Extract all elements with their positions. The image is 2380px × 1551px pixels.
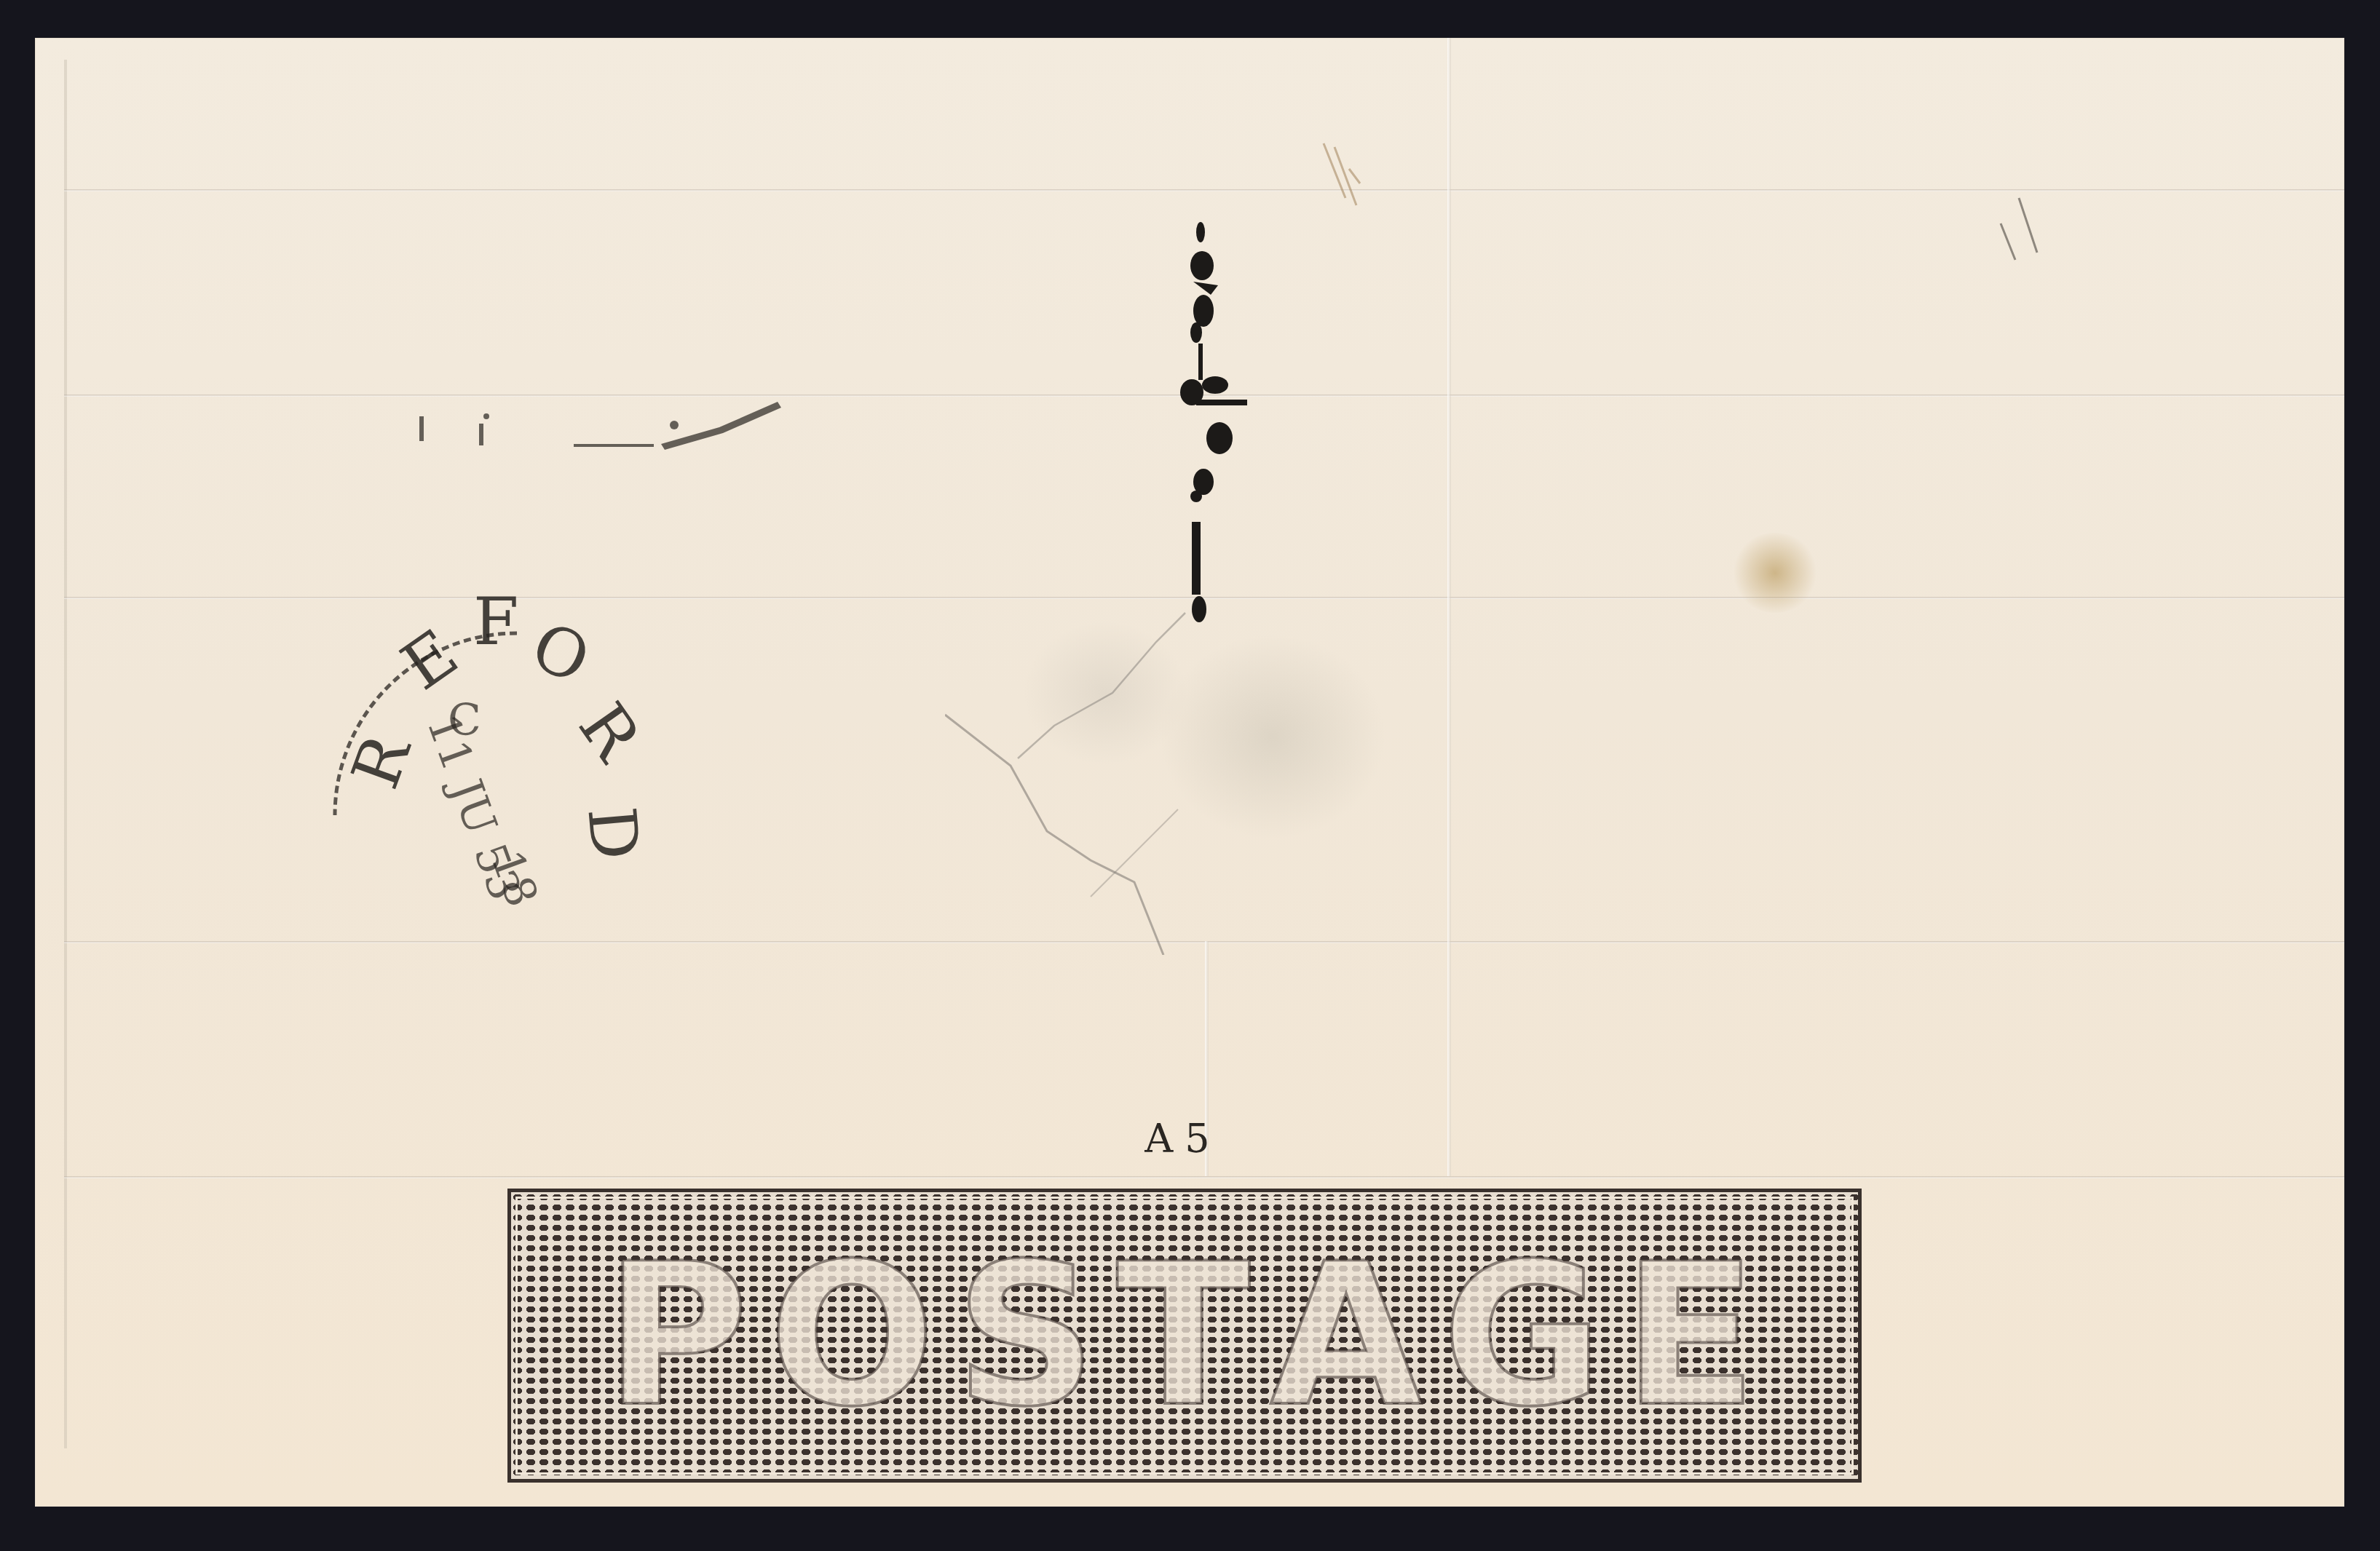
offset-ink-marks [399,358,792,460]
foxing-stain [1731,533,1819,613]
postmark-letter: D [572,804,653,863]
postmark-letter: E [388,615,471,705]
postage-panel: P O S T A G E [507,1189,1862,1483]
hereford-postmark: R E F O R D C 11 JU 53 18 [277,575,757,1055]
postage-word: P O S T A G E [511,1237,1858,1434]
postage-letter: G [1442,1237,1610,1434]
fold-line-horizontal [64,189,2344,191]
postmark-letter: O [520,607,601,699]
faint-pencil-mark [1993,194,2052,267]
postage-letter: E [1623,1237,1764,1434]
faint-pencil-mark [1316,140,1375,213]
postmark-letter: F [473,584,518,660]
postmark-letter: R [337,724,427,798]
postage-letter: A [1270,1237,1429,1434]
stereo-number: A5 [1136,1114,1230,1165]
fold-line-horizontal [64,1176,2344,1178]
postmark-letter: R [564,689,655,775]
left-edge-fold [64,60,67,1448]
postage-letter: S [955,1237,1104,1434]
postage-letter: O [768,1237,943,1434]
postage-letter: T [1116,1237,1257,1434]
postage-letter: P [604,1237,756,1434]
manuscript-rate-mark [1167,216,1247,653]
